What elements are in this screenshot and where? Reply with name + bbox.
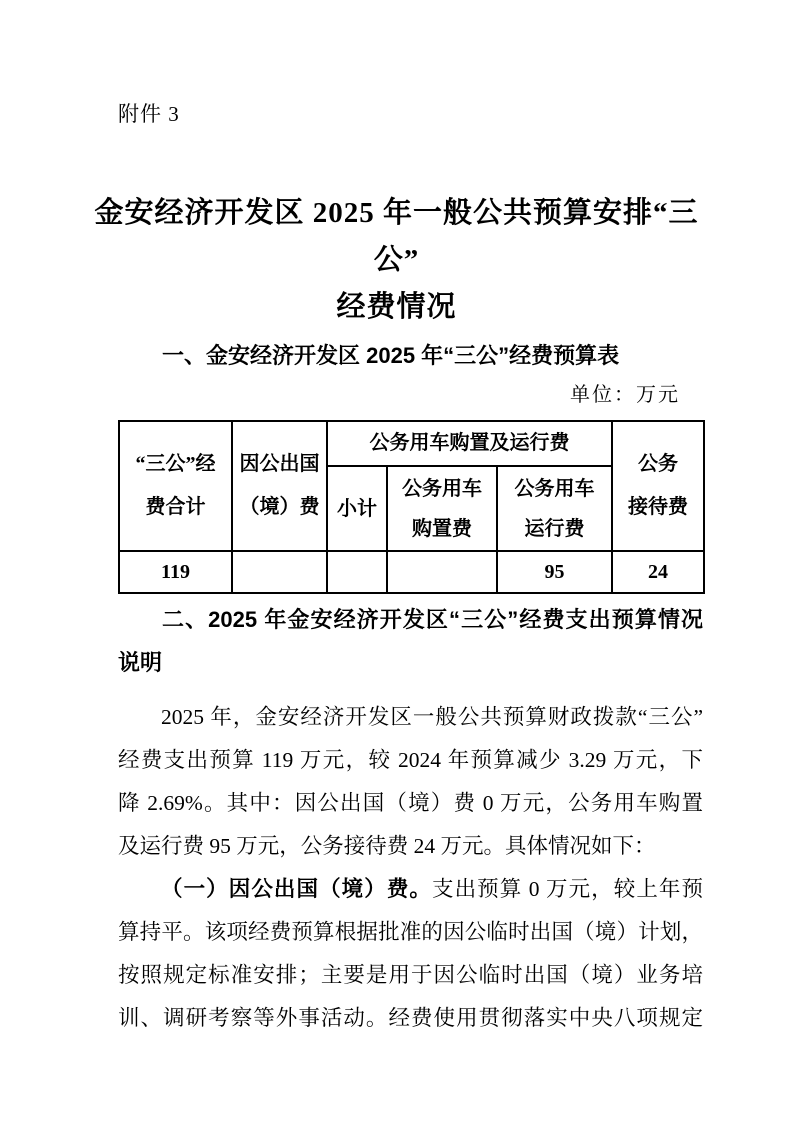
table-data-row: 119 95 24 xyxy=(119,551,704,593)
section-1-heading: 一、金安经济开发区 2025 年“三公”经费预算表 xyxy=(118,334,703,377)
document-title-line-2: 经费情况 xyxy=(80,284,713,331)
paragraph-2-line-2: 算持平。该项经费预算根据批准的因公临时出国（境）计划， xyxy=(118,911,703,954)
paragraph-1: 2025 年，金安经济开发区一般公共预算财政拨款“三公” 经费支出预算 119 … xyxy=(118,696,703,868)
cell-subtotal-value xyxy=(327,551,387,593)
attachment-label: 附件 3 xyxy=(118,98,180,128)
paragraph-1-line-2: 经费支出预算 119 万元，较 2024 年预算减少 3.29 万元，下 xyxy=(118,739,703,782)
cell-abroad-value xyxy=(232,551,327,593)
header-purchase-cell: 公务用车 购置费 xyxy=(387,466,497,551)
header-vehicle-group-cell: 公务用车购置及运行费 xyxy=(327,421,612,466)
header-abroad-cell: 因公出国 （境）费 xyxy=(232,421,327,551)
paragraph-2-line-1-rest: 支出预算 0 万元，较上年预 xyxy=(432,877,703,901)
section-2-heading: 二、2025 年金安经济开发区“三公”经费支出预算情况 说明 xyxy=(118,598,703,684)
paragraph-1-line-3: 降 2.69%。其中：因公出国（境）费 0 万元，公务用车购置 xyxy=(118,782,703,825)
cell-operation-value: 95 xyxy=(497,551,612,593)
header-total-cell: “三公”经 费合计 xyxy=(119,421,232,551)
cell-reception-value: 24 xyxy=(612,551,704,593)
cell-total-value: 119 xyxy=(119,551,232,593)
budget-table: “三公”经 费合计 因公出国 （境）费 公务用车购置及运行费 公务 接待费 小计… xyxy=(118,420,705,594)
paragraph-1-line-1: 2025 年，金安经济开发区一般公共预算财政拨款“三公” xyxy=(118,696,703,739)
table-header-row-top: “三公”经 费合计 因公出国 （境）费 公务用车购置及运行费 公务 接待费 xyxy=(119,421,704,466)
document-page: 附件 3 金安经济开发区 2025 年一般公共预算安排“三公” 经费情况 一、金… xyxy=(0,0,793,1122)
paragraph-2-bold-lead: （一）因公出国（境）费。 xyxy=(161,877,432,901)
paragraph-2-line-1: （一）因公出国（境）费。支出预算 0 万元，较上年预 xyxy=(118,868,703,911)
paragraph-2-line-3: 按照规定标准安排；主要是用于因公临时出国（境）业务培 xyxy=(118,954,703,997)
document-title-line-1: 金安经济开发区 2025 年一般公共预算安排“三公” xyxy=(80,190,713,284)
paragraph-2: （一）因公出国（境）费。支出预算 0 万元，较上年预 算持平。该项经费预算根据批… xyxy=(118,868,703,1040)
header-reception-cell: 公务 接待费 xyxy=(612,421,704,551)
header-subtotal-cell: 小计 xyxy=(327,466,387,551)
header-operation-cell: 公务用车 运行费 xyxy=(497,466,612,551)
paragraph-2-line-4: 训、调研考察等外事活动。经费使用贯彻落实中央八项规定 xyxy=(118,997,703,1040)
section-2-heading-line-1: 二、2025 年金安经济开发区“三公”经费支出预算情况 xyxy=(118,598,703,641)
unit-label: 单位：万元 xyxy=(118,378,680,407)
document-title: 金安经济开发区 2025 年一般公共预算安排“三公” 经费情况 xyxy=(80,190,713,331)
section-2-heading-line-2: 说明 xyxy=(118,641,703,684)
paragraph-1-line-4: 及运行费 95 万元，公务接待费 24 万元。具体情况如下： xyxy=(118,825,703,868)
cell-purchase-value xyxy=(387,551,497,593)
